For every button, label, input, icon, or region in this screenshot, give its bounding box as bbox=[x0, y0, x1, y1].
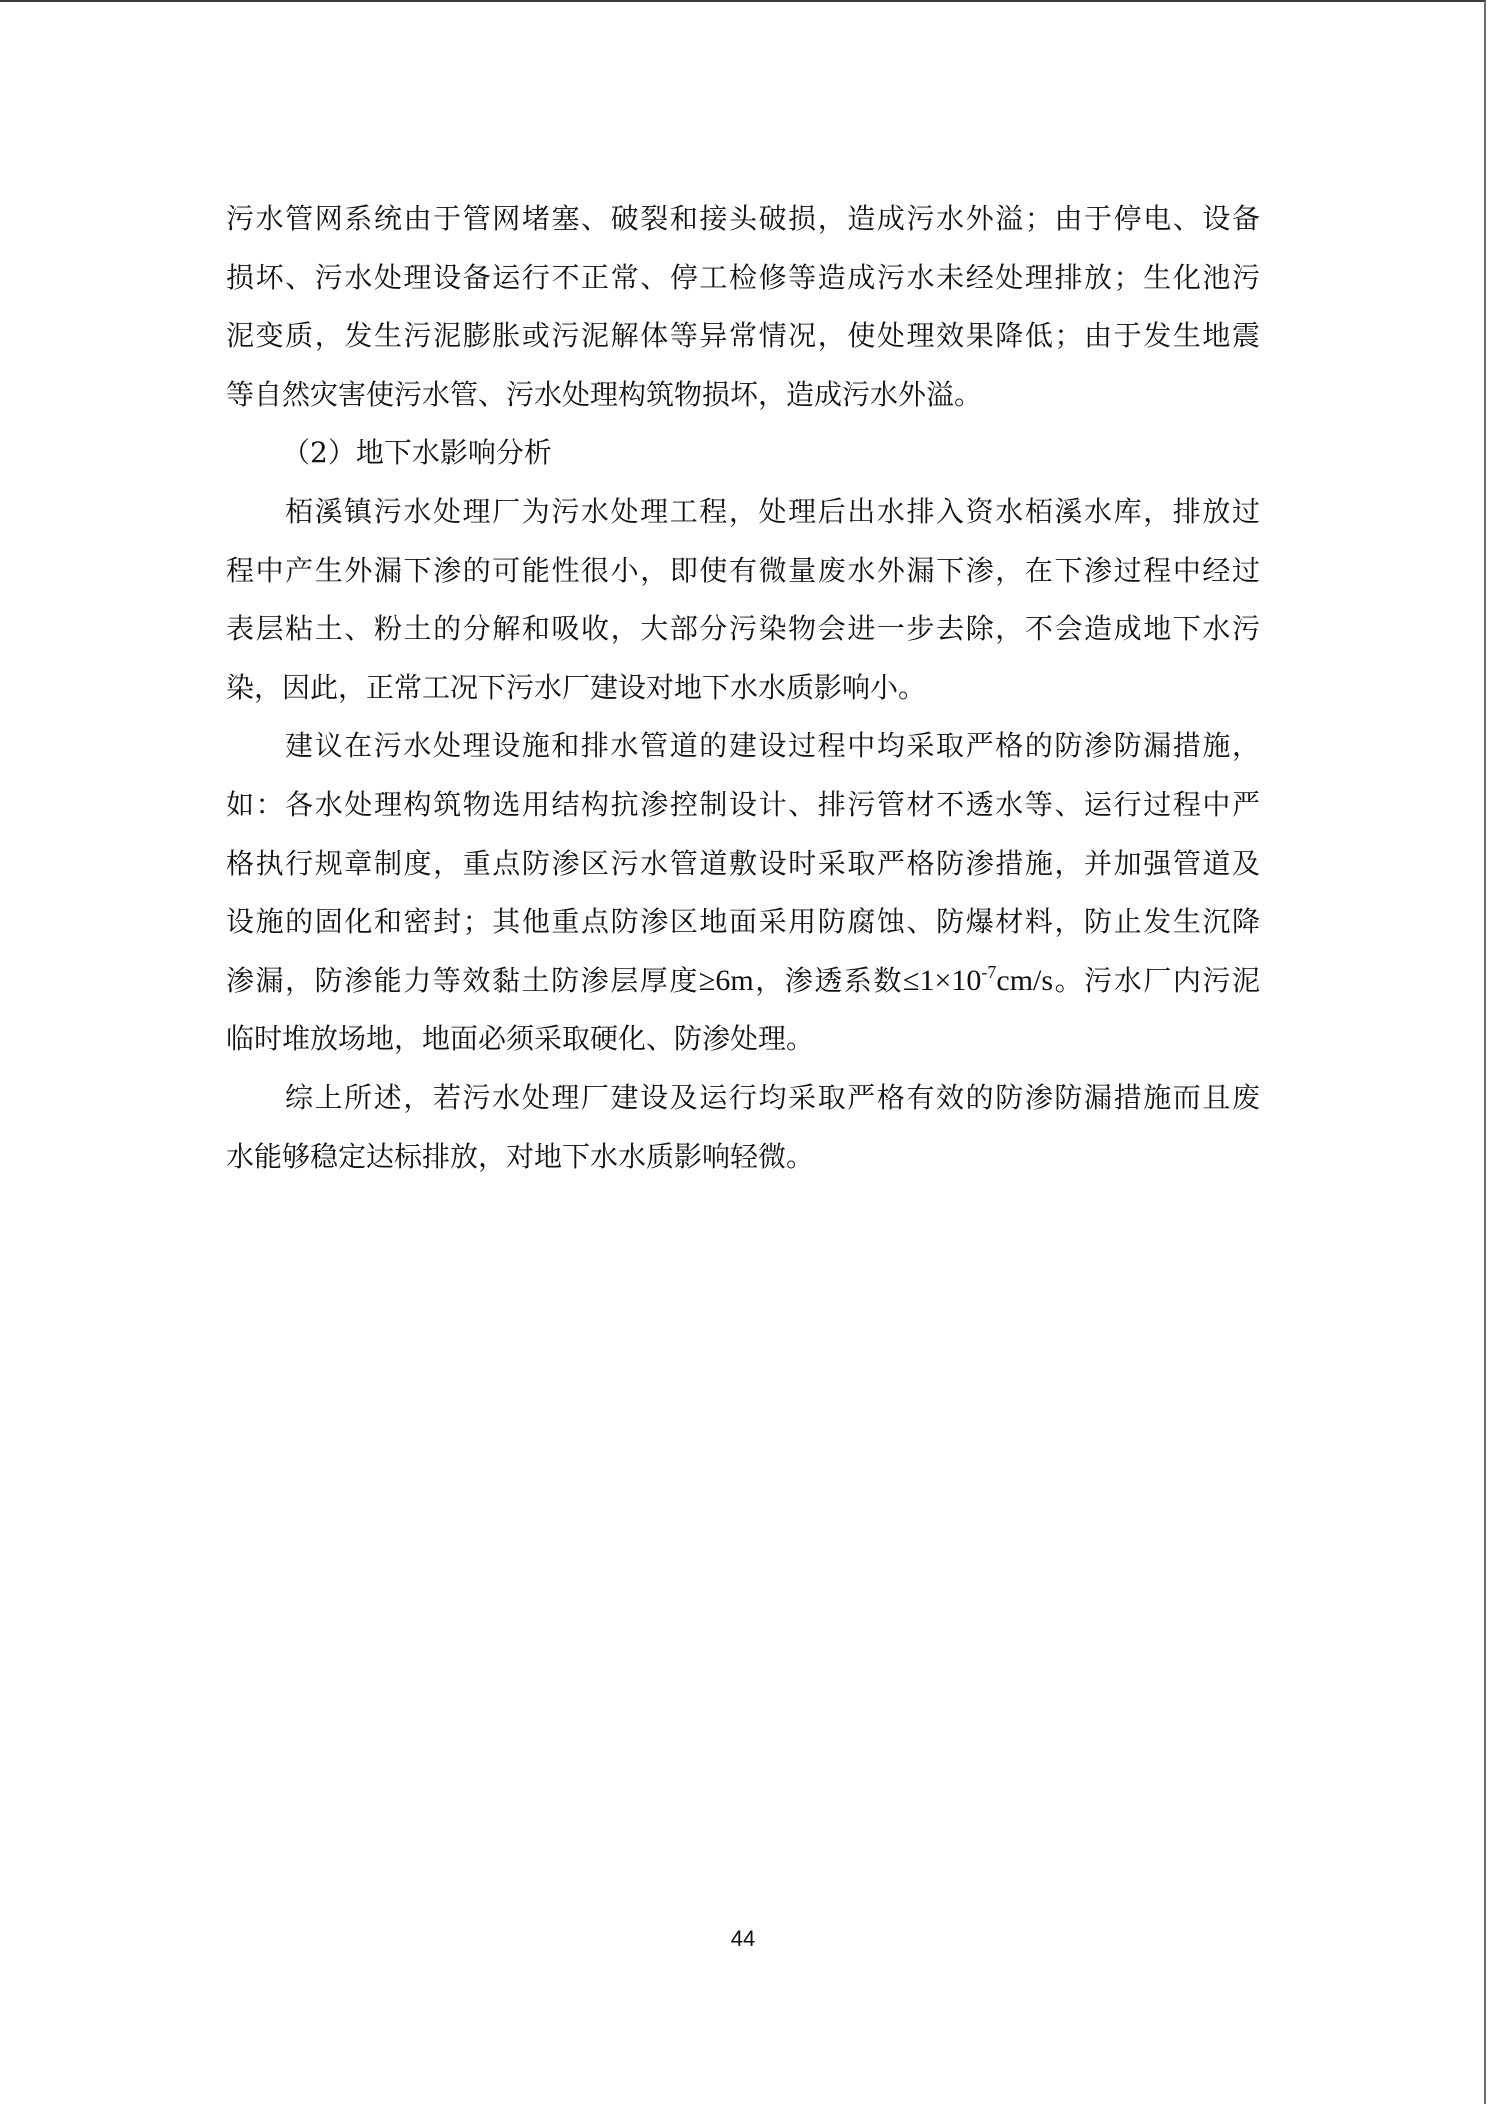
text-line: 表层粘土、粉土的分解和吸收，大部分污染物会进一步去除，不会造成地下水污 bbox=[226, 600, 1260, 659]
text-fragment: 渗漏，防渗能力等效黏土防渗层厚度 bbox=[226, 964, 699, 997]
paragraph-conclusion: 综上所述，若污水处理厂建设及运行均采取严格有效的防渗防漏措施而且废 水能够稳定达… bbox=[226, 1069, 1260, 1186]
text-line: 损坏、污水处理设备运行不正常、停工检修等造成污水未经处理排放；生化池污 bbox=[226, 249, 1260, 308]
page-number: 44 bbox=[0, 1926, 1486, 1952]
thickness-value: ≥6m bbox=[699, 964, 754, 997]
section-heading-groundwater-impact: （2）地下水影响分析 bbox=[226, 424, 1260, 483]
text-line: 建议在污水处理设施和排水管道的建设过程中均采取严格的防渗防漏措施， bbox=[226, 717, 1260, 776]
text-line: 泥变质，发生污泥膨胀或污泥解体等异常情况，使处理效果降低；由于发生地震 bbox=[226, 307, 1260, 366]
coefficient-unit: cm/s bbox=[996, 964, 1053, 997]
text-line: 临时堆放场地，地面必须采取硬化、防渗处理。 bbox=[226, 1010, 1260, 1069]
text-fragment: ，渗透系数 bbox=[754, 964, 903, 997]
text-line: 栢溪镇污水处理厂为污水处理工程，处理后出水排入资水栢溪水库，排放过 bbox=[226, 483, 1260, 542]
text-line: 如：各水处理构筑物选用结构抗渗控制设计、排污管材不透水等、运行过程中严 bbox=[226, 776, 1260, 835]
paragraph-sewage-overflow-causes: 污水管网系统由于管网堵塞、破裂和接头破损，造成污水外溢；由于停电、设备 损坏、污… bbox=[226, 190, 1260, 424]
document-page: 污水管网系统由于管网堵塞、破裂和接头破损，造成污水外溢；由于停电、设备 损坏、污… bbox=[0, 0, 1486, 2104]
text-line: 染，因此，正常工况下污水厂建设对地下水水质影响小。 bbox=[226, 659, 1260, 718]
text-fragment: 。污水厂内污泥 bbox=[1053, 964, 1260, 997]
coefficient-exponent: -7 bbox=[981, 962, 996, 982]
text-line-permeability-spec: 渗漏，防渗能力等效黏土防渗层厚度≥6m，渗透系数≤1×10-7cm/s。污水厂内… bbox=[226, 952, 1260, 1011]
text-line: 程中产生外漏下渗的可能性很小，即使有微量废水外漏下渗，在下渗过程中经过 bbox=[226, 542, 1260, 601]
document-body: 污水管网系统由于管网堵塞、破裂和接头破损，造成污水外溢；由于停电、设备 损坏、污… bbox=[226, 190, 1260, 1186]
permeability-coefficient: ≤1×10-7cm/s bbox=[903, 964, 1053, 997]
paragraph-seepage-prevention-measures: 建议在污水处理设施和排水管道的建设过程中均采取严格的防渗防漏措施， 如：各水处理… bbox=[226, 717, 1260, 1069]
text-line: 等自然灾害使污水管、污水处理构筑物损坏，造成污水外溢。 bbox=[226, 366, 1260, 425]
text-line: 水能够稳定达标排放，对地下水水质影响轻微。 bbox=[226, 1128, 1260, 1187]
text-line: 设施的固化和密封；其他重点防渗区地面采用防腐蚀、防爆材料，防止发生沉降 bbox=[226, 893, 1260, 952]
text-line: 综上所述，若污水处理厂建设及运行均采取严格有效的防渗防漏措施而且废 bbox=[226, 1069, 1260, 1128]
paragraph-plant-discharge: 栢溪镇污水处理厂为污水处理工程，处理后出水排入资水栢溪水库，排放过 程中产生外漏… bbox=[226, 483, 1260, 717]
text-line: 格执行规章制度，重点防渗区污水管道敷设时采取严格防渗措施，并加强管道及 bbox=[226, 835, 1260, 894]
coefficient-base: ≤1×10 bbox=[903, 964, 981, 997]
text-line: 污水管网系统由于管网堵塞、破裂和接头破损，造成污水外溢；由于停电、设备 bbox=[226, 190, 1260, 249]
